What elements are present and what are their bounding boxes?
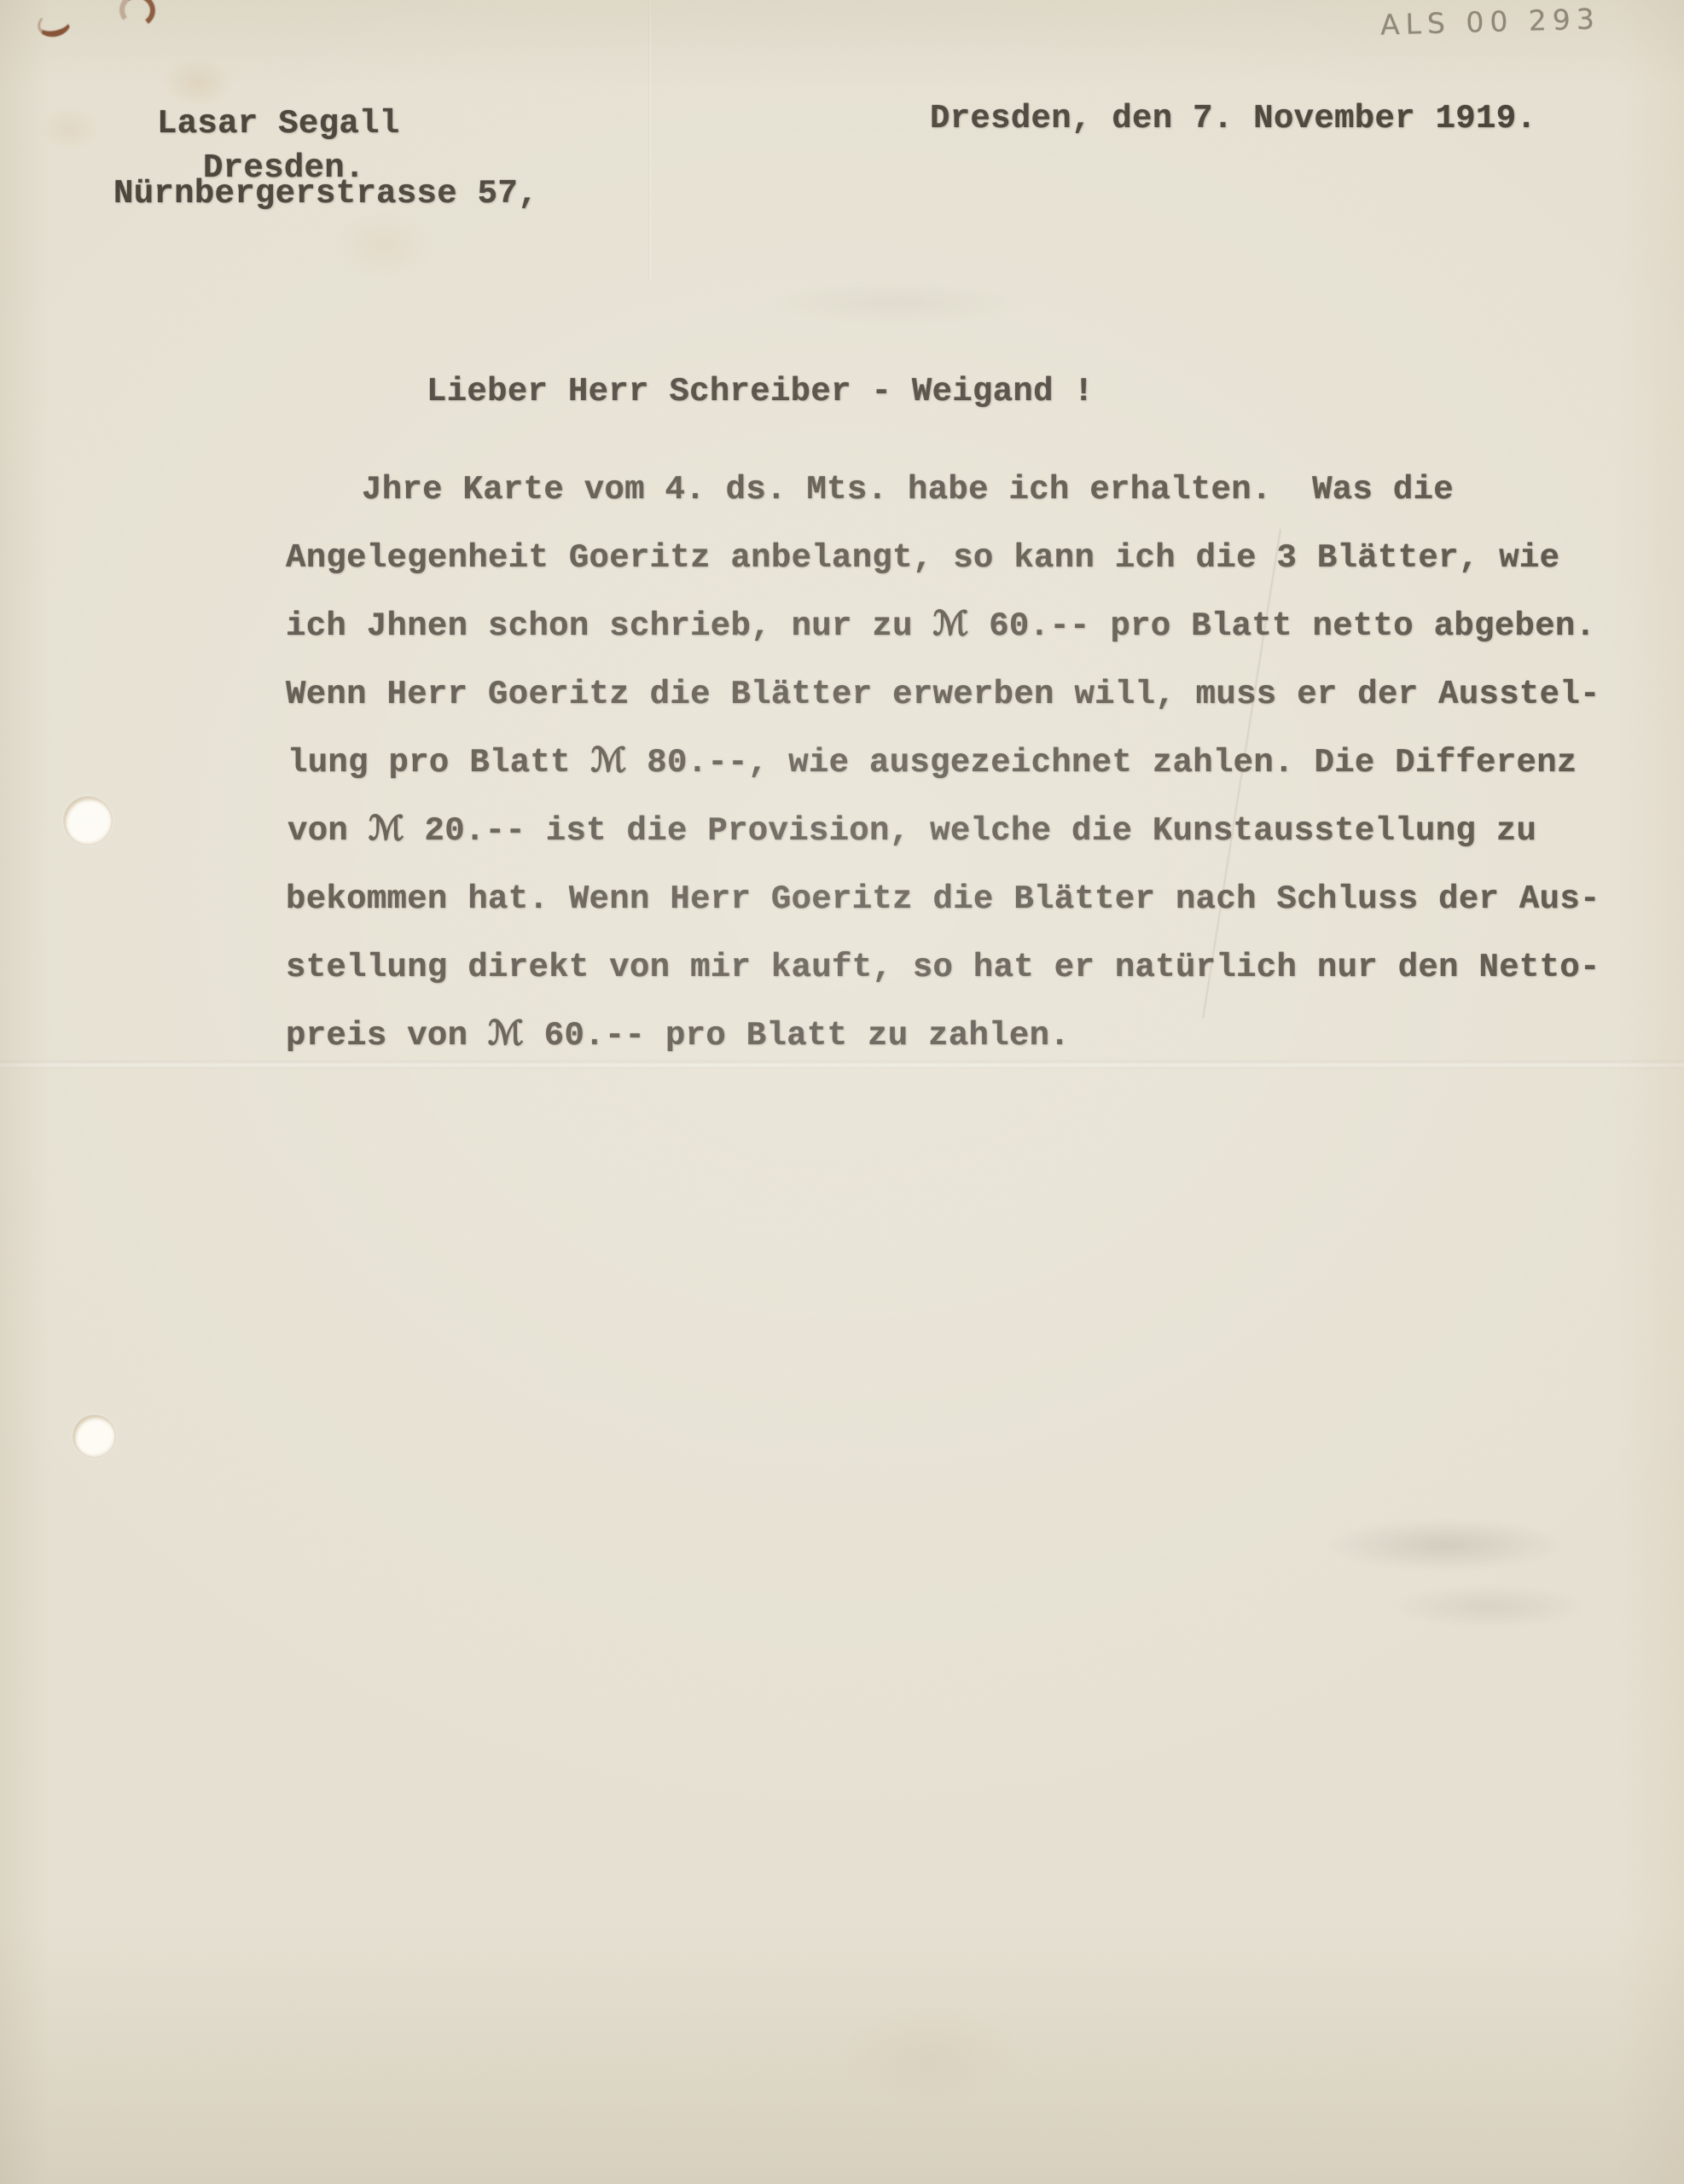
body-line: stellung direkt von mir kauft, so hat er… [286, 951, 1600, 985]
body-line: von ℳ 20.-- ist die Provision, welche di… [287, 815, 1536, 848]
sender-street: Nürnbergerstrasse 57, [113, 177, 538, 211]
body-line: preis von ℳ 60.-- pro Blatt zu zahlen. [286, 1019, 1070, 1053]
tan-stain-3 [333, 212, 435, 280]
paper-grain-texture [0, 0, 1684, 2184]
body-line: Jhre Karte vom 4. ds. Mts. habe ich erha… [362, 473, 1454, 507]
gray-smudge-3 [768, 282, 1024, 324]
rust-stain-2 [117, 0, 157, 30]
scanned-letter: ALS 00 293 Lasar Segall Dresden. Nürnber… [0, 0, 1684, 2184]
punch-hole-bottom [73, 1415, 115, 1457]
body-line: lung pro Blatt ℳ 80.--, wie ausgezeichne… [287, 746, 1577, 780]
rust-stain-1 [35, 9, 73, 39]
tan-stain-2 [38, 106, 101, 152]
tan-stain-1 [162, 58, 234, 107]
horizontal-fold-crease [0, 1060, 1684, 1069]
archive-number-annotation: ALS 00 293 [1380, 2, 1601, 41]
sender-name: Lasar Segall [157, 107, 399, 141]
gray-smudge-1 [1327, 1519, 1565, 1571]
salutation: Lieber Herr Schreiber - Weigand ! [427, 375, 1094, 409]
punch-hole-top [64, 797, 112, 845]
gray-smudge-2 [1391, 1585, 1587, 1628]
tan-stain-4 [836, 2005, 1024, 2107]
body-line: Angelegenheit Goeritz anbelangt, so kann… [286, 542, 1559, 575]
body-line: bekommen hat. Wenn Herr Goeritz die Blät… [286, 883, 1600, 916]
dateline: Dresden, den 7. November 1919. [930, 102, 1536, 136]
vertical-fold-crease [648, 0, 651, 282]
scan-vignette [0, 0, 1684, 2184]
body-line: Wenn Herr Goeritz die Blätter erwerben w… [286, 678, 1600, 712]
body-line: ich Jhnen schon schrieb, nur zu ℳ 60.-- … [286, 610, 1595, 643]
